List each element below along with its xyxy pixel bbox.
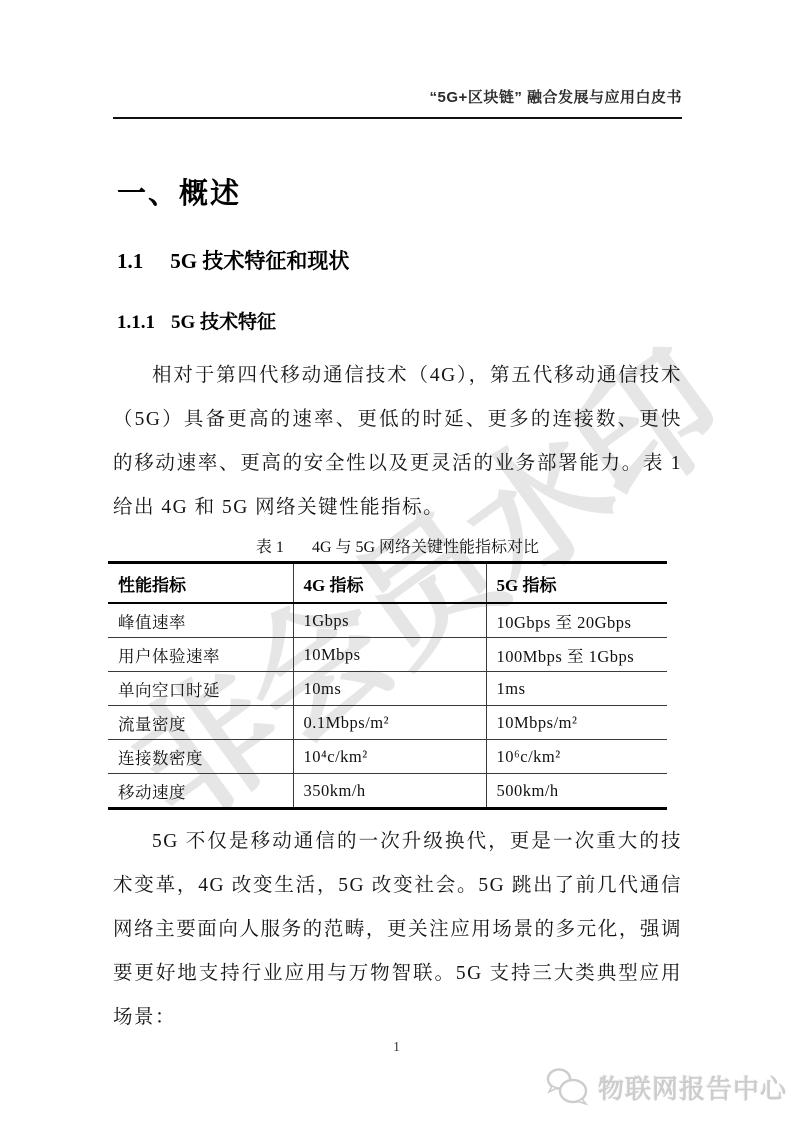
page-number: 1 [0, 1040, 793, 1056]
heading-subsection: 1.1.15G 技术特征 [117, 312, 682, 334]
table-cell: 用户体验速率 [108, 638, 293, 672]
table-caption: 表 14G 与 5G 网络关键性能指标对比 [113, 538, 682, 558]
table-row: 用户体验速率10Mbps100Mbps 至 1Gbps [108, 638, 667, 672]
heading-section: 1.15G 技术特征和现状 [117, 249, 682, 274]
chat-bubbles-icon [544, 1066, 592, 1108]
table-cell: 1ms [486, 672, 667, 706]
table-cell: 350km/h [293, 774, 486, 809]
table-cell: 10ms [293, 672, 486, 706]
section-number: 1.1 [117, 249, 143, 274]
table-header-row: 性能指标 4G 指标 5G 指标 [108, 563, 667, 604]
table-cell: 0.1Mbps/m² [293, 706, 486, 740]
column-header-5g: 5G 指标 [486, 563, 667, 604]
table-cell: 10Gbps 至 20Gbps [486, 603, 667, 638]
brand-footer: 物联网报告中心 [544, 1066, 787, 1108]
table-cell: 10⁴c/km² [293, 740, 486, 774]
paragraph-2: 5G 不仅是移动通信的一次升级换代，更是一次重大的技术变革，4G 改变生活，5G… [113, 820, 682, 1040]
table-row: 峰值速率1Gbps10Gbps 至 20Gbps [108, 603, 667, 638]
document-page: 非会员水印 “5G+区块链” 融合发展与应用白皮书 一、概述 1.15G 技术特… [0, 0, 793, 1122]
table-row: 移动速度350km/h500km/h [108, 774, 667, 809]
table-cell: 1Gbps [293, 603, 486, 638]
table-cell: 移动速度 [108, 774, 293, 809]
heading-chapter: 一、概述 [117, 177, 682, 211]
page-content: “5G+区块链” 融合发展与应用白皮书 一、概述 1.15G 技术特征和现状 1… [0, 0, 793, 1040]
subsection-number: 1.1.1 [117, 312, 155, 334]
table-cell: 单向空口时延 [108, 672, 293, 706]
table-cell: 500km/h [486, 774, 667, 809]
table-row: 连接数密度10⁴c/km²10⁶c/km² [108, 740, 667, 774]
brand-name: 物联网报告中心 [598, 1069, 787, 1106]
table-caption-label: 表 1 [256, 539, 284, 556]
table-row: 流量密度0.1Mbps/m²10Mbps/m² [108, 706, 667, 740]
running-header: “5G+区块链” 融合发展与应用白皮书 [113, 0, 682, 119]
table-row: 单向空口时延10ms1ms [108, 672, 667, 706]
column-header-metric: 性能指标 [108, 563, 293, 604]
column-header-4g: 4G 指标 [293, 563, 486, 604]
subsection-title-text: 5G 技术特征 [171, 312, 276, 333]
section-title-text: 5G 技术特征和现状 [170, 249, 349, 273]
kpi-comparison-table: 性能指标 4G 指标 5G 指标 峰值速率1Gbps10Gbps 至 20Gbp… [108, 561, 667, 810]
table-caption-text: 4G 与 5G 网络关键性能指标对比 [312, 539, 539, 556]
table-cell: 100Mbps 至 1Gbps [486, 638, 667, 672]
table-cell: 峰值速率 [108, 603, 293, 638]
paragraph-1: 相对于第四代移动通信技术（4G），第五代移动通信技术（5G）具备更高的速率、更低… [113, 354, 682, 530]
table-cell: 连接数密度 [108, 740, 293, 774]
table-cell: 流量密度 [108, 706, 293, 740]
table-cell: 10Mbps/m² [486, 706, 667, 740]
table-cell: 10⁶c/km² [486, 740, 667, 774]
table-cell: 10Mbps [293, 638, 486, 672]
